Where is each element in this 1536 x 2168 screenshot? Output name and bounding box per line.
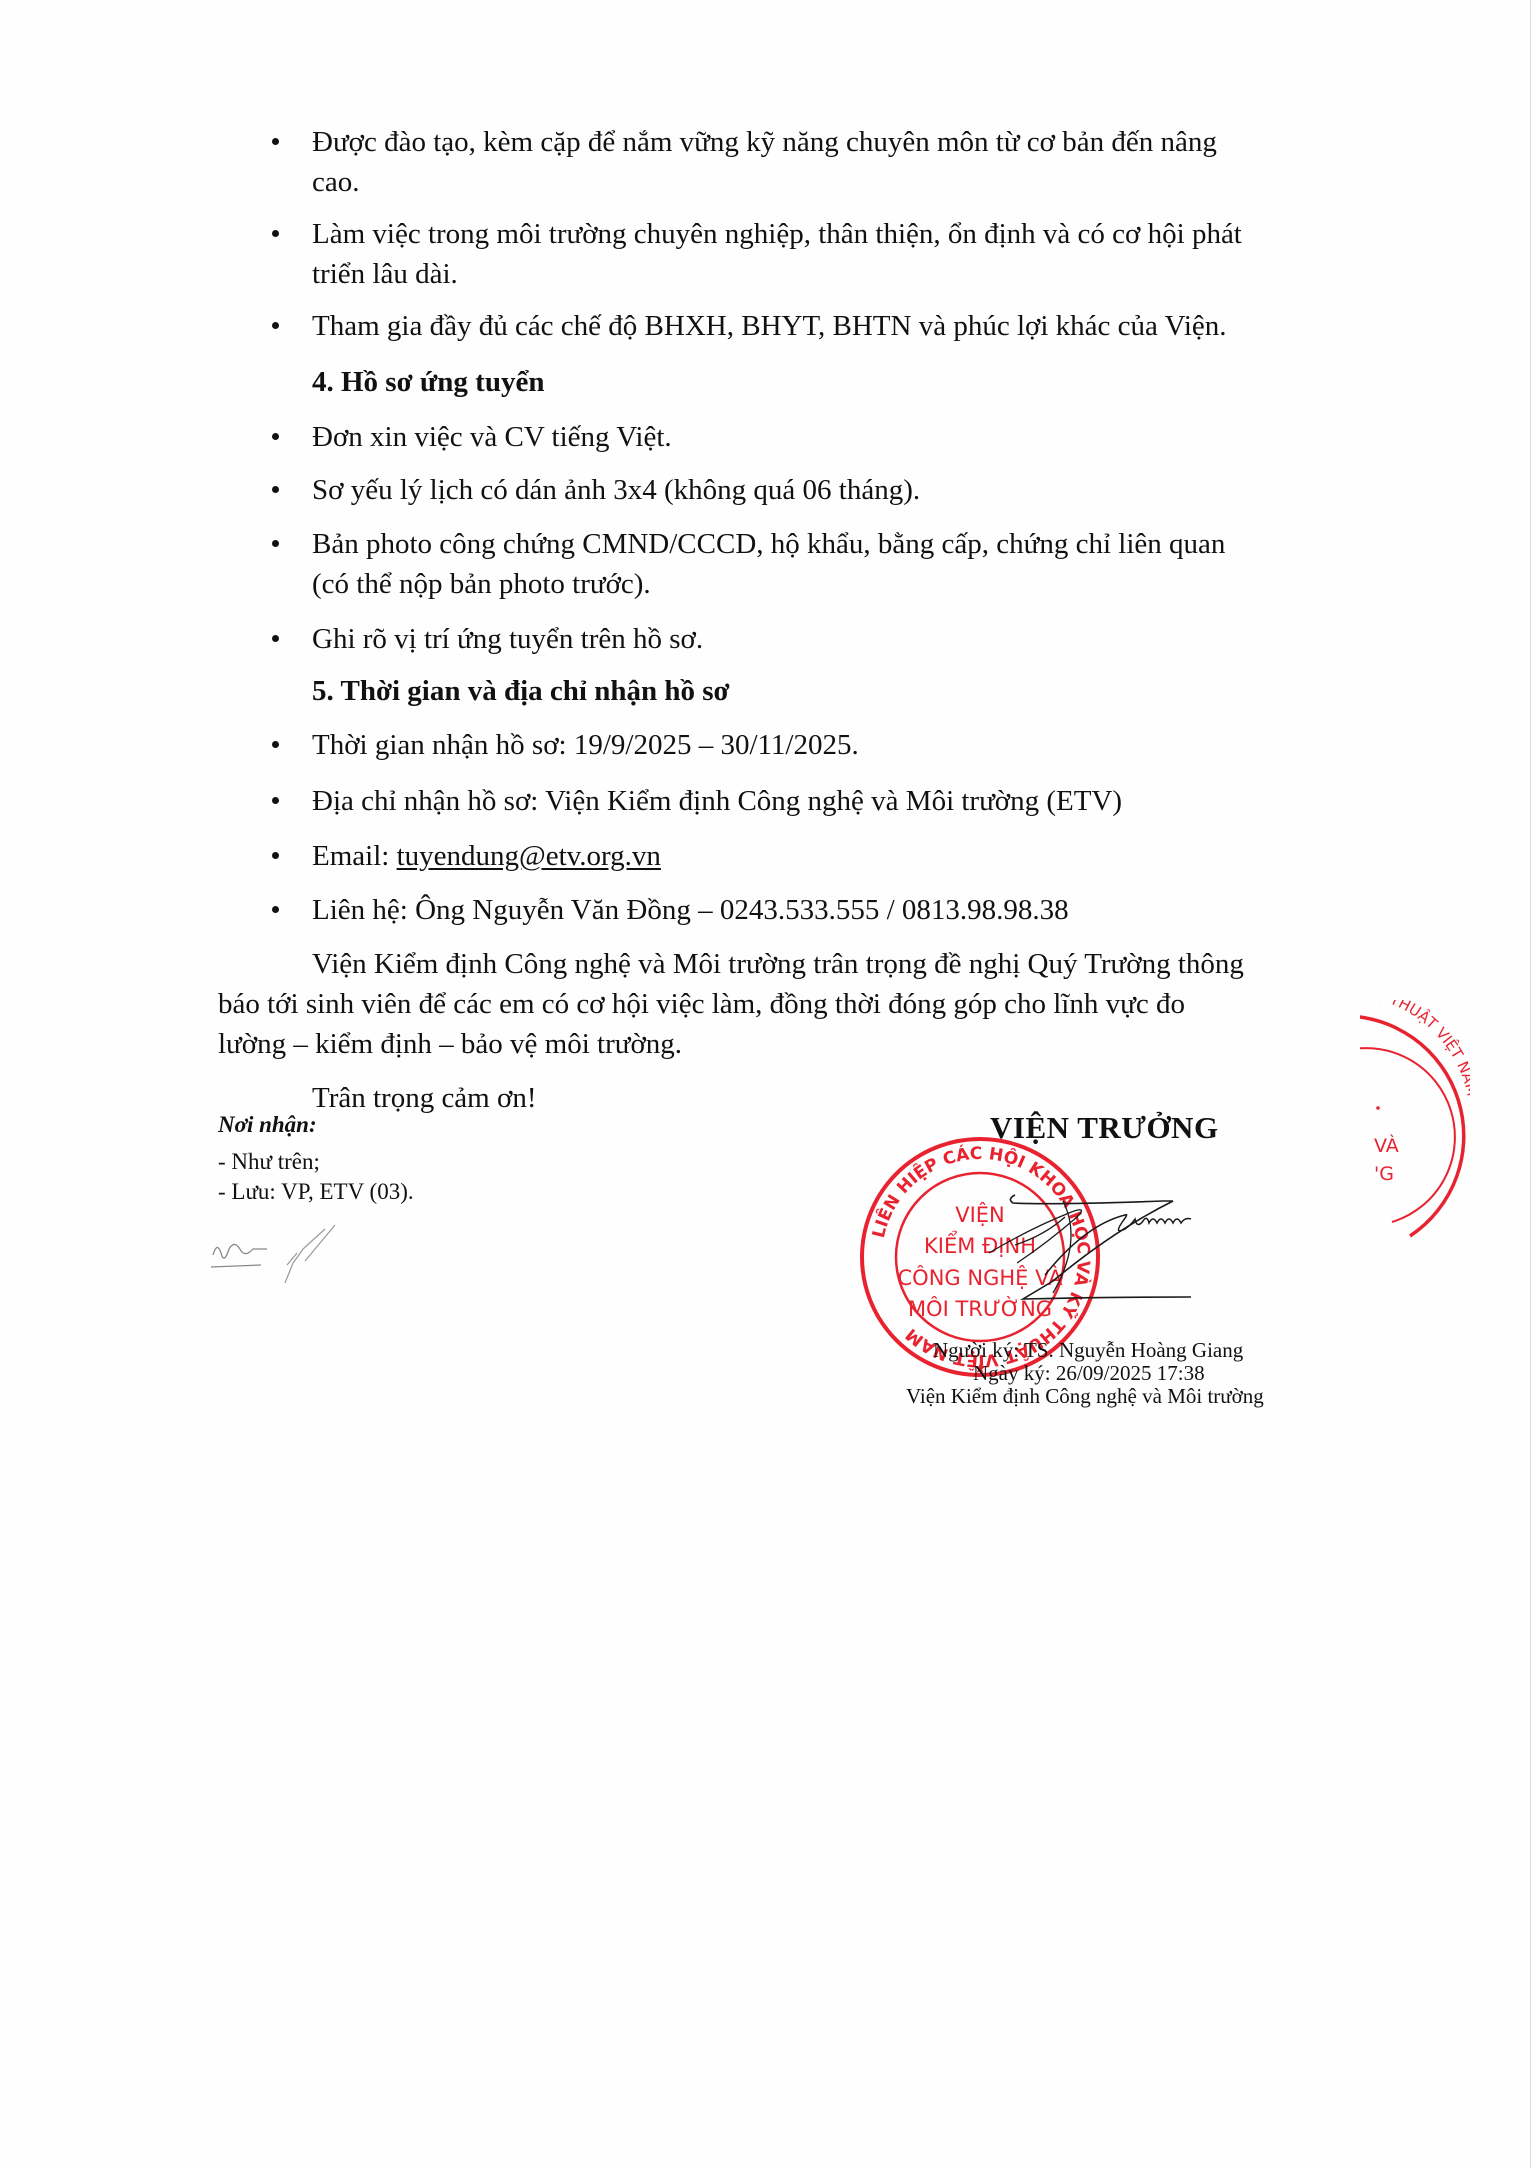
benefit-item-2: Làm việc trong môi trường chuyên nghiệp,… [312,213,1242,255]
application-item-3: Bản photo công chứng CMND/CCCD, hộ khẩu,… [312,523,1225,565]
benefit-item-1-cont: cao. [312,161,360,203]
section-5-heading: 5. Thời gian và địa chỉ nhận hồ sơ [312,670,730,712]
thanks-line: Trân trọng cảm ơn! [312,1077,536,1119]
benefit-item-1: Được đào tạo, kèm cặp để nắm vững kỹ năn… [312,121,1217,163]
bullet-icon [272,741,279,748]
closing-paragraph-line-1: Viện Kiểm định Công nghệ và Môi trường t… [312,943,1244,985]
initials-mark [205,1215,345,1295]
contact-text: Liên hệ: Ông Nguyễn Văn Đồng – 0243.533.… [312,894,1069,926]
page-edge [1530,0,1531,2168]
bullet-icon [272,486,279,493]
bullet-icon [272,852,279,859]
application-text: Bản photo công chứng CMND/CCCD, hộ khẩu,… [312,528,1225,560]
email-link[interactable]: tuyendung@etv.org.vn [397,840,661,872]
recipient-item: - Như trên; [218,1147,320,1177]
section-4-heading: 4. Hồ sơ ứng tuyển [312,361,544,403]
bullet-icon [272,230,279,237]
receipt-address: Địa chỉ nhận hồ sơ: Viện Kiểm định Công … [312,780,1122,822]
signature-title: VIỆN TRƯỞNG [990,1110,1219,1146]
application-item-2: Sơ yếu lý lịch có dán ảnh 3x4 (không quá… [312,469,920,511]
application-text: Ghi rõ vị trí ứng tuyển trên hồ sơ. [312,623,703,655]
bullet-icon [272,540,279,547]
bullet-icon [272,322,279,329]
document-page: Được đào tạo, kèm cặp để nắm vững kỹ năn… [0,0,1536,2168]
signing-organization: Viện Kiểm định Công nghệ và Môi trường [906,1384,1264,1408]
closing-paragraph-line-2: báo tới sinh viên để các em có cơ hội vi… [218,983,1185,1025]
application-text: Đơn xin việc và CV tiếng Việt. [312,421,672,453]
bullet-icon [272,138,279,145]
signing-date: Ngày ký: 26/09/2025 17:38 [973,1361,1205,1385]
bullet-icon [272,797,279,804]
bullet-icon [272,433,279,440]
application-item-3-cont: (có thể nộp bản photo trước). [312,563,651,605]
partial-stamp: À KỸ THUẬT VIỆT NAM VÀ 'G [1360,1000,1470,1240]
contact-item: Liên hệ: Ông Nguyễn Văn Đồng – 0243.533.… [312,889,1069,931]
email-label: Email: [312,840,397,872]
application-item-1: Đơn xin việc và CV tiếng Việt. [312,416,672,458]
email-item: Email: tuyendung@etv.org.vn [312,835,661,877]
application-text: Sơ yếu lý lịch có dán ảnh 3x4 (không quá… [312,474,920,506]
benefit-text: Được đào tạo, kèm cặp để nắm vững kỹ năn… [312,126,1217,158]
handwritten-signature [975,1175,1215,1305]
benefit-item-3: Tham gia đầy đủ các chế độ BHXH, BHYT, B… [312,305,1227,347]
recipients-title: Nơi nhận: [218,1110,317,1140]
partial-stamp-inner: 'G [1374,1163,1394,1185]
benefit-text: Tham gia đầy đủ các chế độ BHXH, BHYT, B… [312,310,1227,342]
benefit-text: Làm việc trong môi trường chuyên nghiệp,… [312,218,1242,250]
receipt-time: Thời gian nhận hồ sơ: 19/9/2025 – 30/11/… [312,724,859,766]
signer-name: Người ký: TS. Nguyễn Hoàng Giang [933,1338,1243,1362]
bullet-icon [272,906,279,913]
application-item-4: Ghi rõ vị trí ứng tuyển trên hồ sơ. [312,618,703,660]
receipt-address-text: Địa chỉ nhận hồ sơ: Viện Kiểm định Công … [312,785,1122,817]
recipient-item: - Lưu: VP, ETV (03). [218,1177,414,1207]
closing-paragraph-line-3: lường – kiểm định – bảo vệ môi trường. [218,1023,682,1065]
receipt-time-text: Thời gian nhận hồ sơ: 19/9/2025 – 30/11/… [312,729,859,761]
bullet-icon [272,635,279,642]
partial-stamp-inner: VÀ [1374,1134,1399,1157]
benefit-item-2-cont: triển lâu dài. [312,253,458,295]
